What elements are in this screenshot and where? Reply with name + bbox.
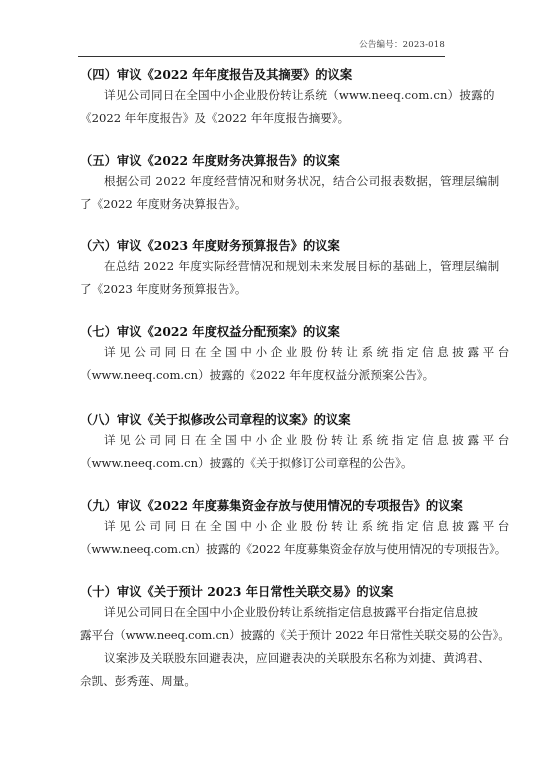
- section-text-line: 佘凯、彭秀莲、周量。: [80, 670, 466, 693]
- section-text-line: 根据公司 2022 年度经营情况和财务状况，结合公司报表数据，管理层编制: [80, 170, 466, 193]
- section-text-line: 详见公司同日在全国中小企业股份转让系统指定信息披露平台: [80, 429, 466, 452]
- section-4: （四）审议《2022 年年度报告及其摘要》的议案 详见公司同日在全国中小企业股份…: [80, 66, 466, 130]
- section-heading: （九）审议《2022 年度募集资金存放与使用情况的专项报告》的议案: [80, 497, 466, 515]
- section-text-line: 议案涉及关联股东回避表决，应回避表决的关联股东名称为刘捷、黄鸿君、: [80, 647, 466, 670]
- section-text-line: 《2022 年年度报告》及《2022 年年度报告摘要》。: [80, 107, 466, 130]
- section-heading: （六）审议《2023 年度财务预算报告》的议案: [80, 237, 466, 255]
- section-6: （六）审议《2023 年度财务预算报告》的议案 在总结 2022 年度实际经营情…: [80, 237, 466, 301]
- section-text-line: （www.neeq.com.cn）披露的《关于拟修订公司章程的公告》。: [80, 452, 466, 475]
- section-5: （五）审议《2022 年度财务决算报告》的议案 根据公司 2022 年度经营情况…: [80, 152, 466, 216]
- doc-number: 公告编号：2023-018: [359, 38, 445, 50]
- section-9: （九）审议《2022 年度募集资金存放与使用情况的专项报告》的议案 详见公司同日…: [80, 497, 466, 561]
- section-text-line: 详见公司同日在全国中小企业股份转让系统指定信息披露平台指定信息披: [80, 601, 466, 624]
- section-text-line: 露平台（www.neeq.com.cn）披露的《关于预计 2022 年日常性关联…: [80, 624, 466, 647]
- section-heading: （八）审议《关于拟修改公司章程的议案》的议案: [80, 411, 466, 429]
- section-heading: （十）审议《关于预计 2023 年日常性关联交易》的议案: [80, 583, 466, 601]
- section-text-line: 了《2023 年度财务预算报告》。: [80, 278, 466, 301]
- section-8: （八）审议《关于拟修改公司章程的议案》的议案 详见公司同日在全国中小企业股份转让…: [80, 411, 466, 475]
- section-heading: （四）审议《2022 年年度报告及其摘要》的议案: [80, 66, 466, 84]
- section-text-line: 了《2022 年度财务决算报告》。: [80, 193, 466, 216]
- section-text-line: 详见公司同日在全国中小企业股份转让系统指定信息披露平台: [80, 341, 466, 364]
- section-text-line: 详见公司同日在全国中小企业股份转让系统指定信息披露平台: [80, 515, 466, 538]
- section-text-line: （www.neeq.com.cn）披露的《2022 年度募集资金存放与使用情况的…: [80, 538, 466, 561]
- page-header: 公告编号：2023-018: [78, 37, 445, 57]
- section-heading: （五）审议《2022 年度财务决算报告》的议案: [80, 152, 466, 170]
- section-text-line: （www.neeq.com.cn）披露的《2022 年年度权益分派预案公告》。: [80, 364, 466, 387]
- section-heading: （七）审议《2022 年度权益分配预案》的议案: [80, 323, 466, 341]
- section-text-line: 详见公司同日在全国中小企业股份转让系统（www.neeq.com.cn）披露的: [80, 84, 466, 107]
- section-10: （十）审议《关于预计 2023 年日常性关联交易》的议案 详见公司同日在全国中小…: [80, 583, 466, 693]
- section-text-line: 在总结 2022 年度实际经营情况和规划未来发展目标的基础上，管理层编制: [80, 255, 466, 278]
- section-7: （七）审议《2022 年度权益分配预案》的议案 详见公司同日在全国中小企业股份转…: [80, 323, 466, 387]
